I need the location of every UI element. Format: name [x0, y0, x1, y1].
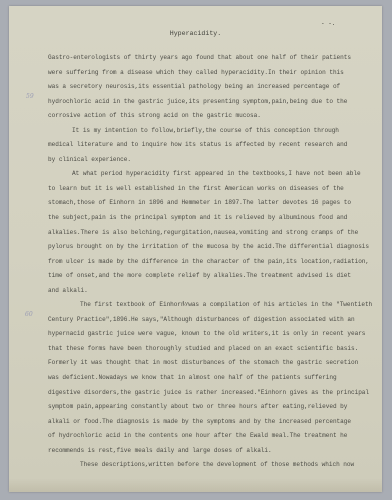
text-line: by clinical experience.	[48, 153, 378, 168]
text-line: and alkali.	[48, 284, 378, 299]
text-line: Formerly it was thought that in most dis…	[48, 356, 378, 371]
text-line: recommends is rest,five meals daily and …	[48, 444, 378, 459]
text-line: corrosive action of this strong acid on …	[48, 109, 378, 124]
text-line: Gastro-enterologists of thirty years ago…	[48, 51, 378, 66]
text-line: It is my intention to follow,briefly,the…	[48, 124, 378, 139]
text-line: These descriptions,written before the de…	[48, 458, 378, 473]
text-line: time of onset,and the more complete reli…	[48, 269, 378, 284]
text-line: that these forms have been thoroughly st…	[48, 342, 378, 357]
text-line: alkali or food.The diagnosis is made by …	[48, 415, 378, 430]
text-line: of hydrochloric acid in the contents one…	[48, 429, 378, 444]
text-line: At what period hyperacidity first appear…	[48, 167, 378, 182]
text-line: symptom pain,appearing constantly about …	[48, 400, 378, 415]
document-page: - -. Hyperacidity. 59 60 ly Gastro-enter…	[9, 6, 382, 492]
text-line: from ulcer is made by the difference in …	[48, 255, 378, 270]
text-line: hydrochloric acid in the gastric juice,i…	[48, 95, 378, 110]
text-line: medical literature and to inquire how it…	[48, 138, 378, 153]
text-line: to learn but it is well established in t…	[48, 182, 378, 197]
text-line: were suffering from a disease which they…	[48, 66, 378, 81]
text-line: stomach,those of Einhorn in 1896 and Hem…	[48, 196, 378, 211]
text-line: was deficient.Nowadays we know that in a…	[48, 371, 378, 386]
text-line: pylorus brought on by the irritation of …	[48, 240, 378, 255]
text-line: alkalies.There is also belching,regurgit…	[48, 226, 378, 241]
page-title: Hyperacidity.	[9, 30, 382, 37]
text-line: Century Practice",1896.He says,"Although…	[48, 313, 378, 328]
corner-marks: - -.	[321, 20, 335, 27]
text-line: was a secretory neurosis,its essential p…	[48, 80, 378, 95]
document-body: Gastro-enterologists of thirty years ago…	[48, 51, 378, 473]
text-line: hypernacid gastric juice were vague, kno…	[48, 327, 378, 342]
text-line: The first textbook of Einhorn was a comp…	[48, 298, 378, 313]
text-line: digestive disorders,the gastric juice is…	[48, 386, 378, 401]
margin-note: 59	[26, 93, 34, 100]
margin-note: 60	[25, 311, 33, 318]
text-line: the subject,pain is the principal sympto…	[48, 211, 378, 226]
